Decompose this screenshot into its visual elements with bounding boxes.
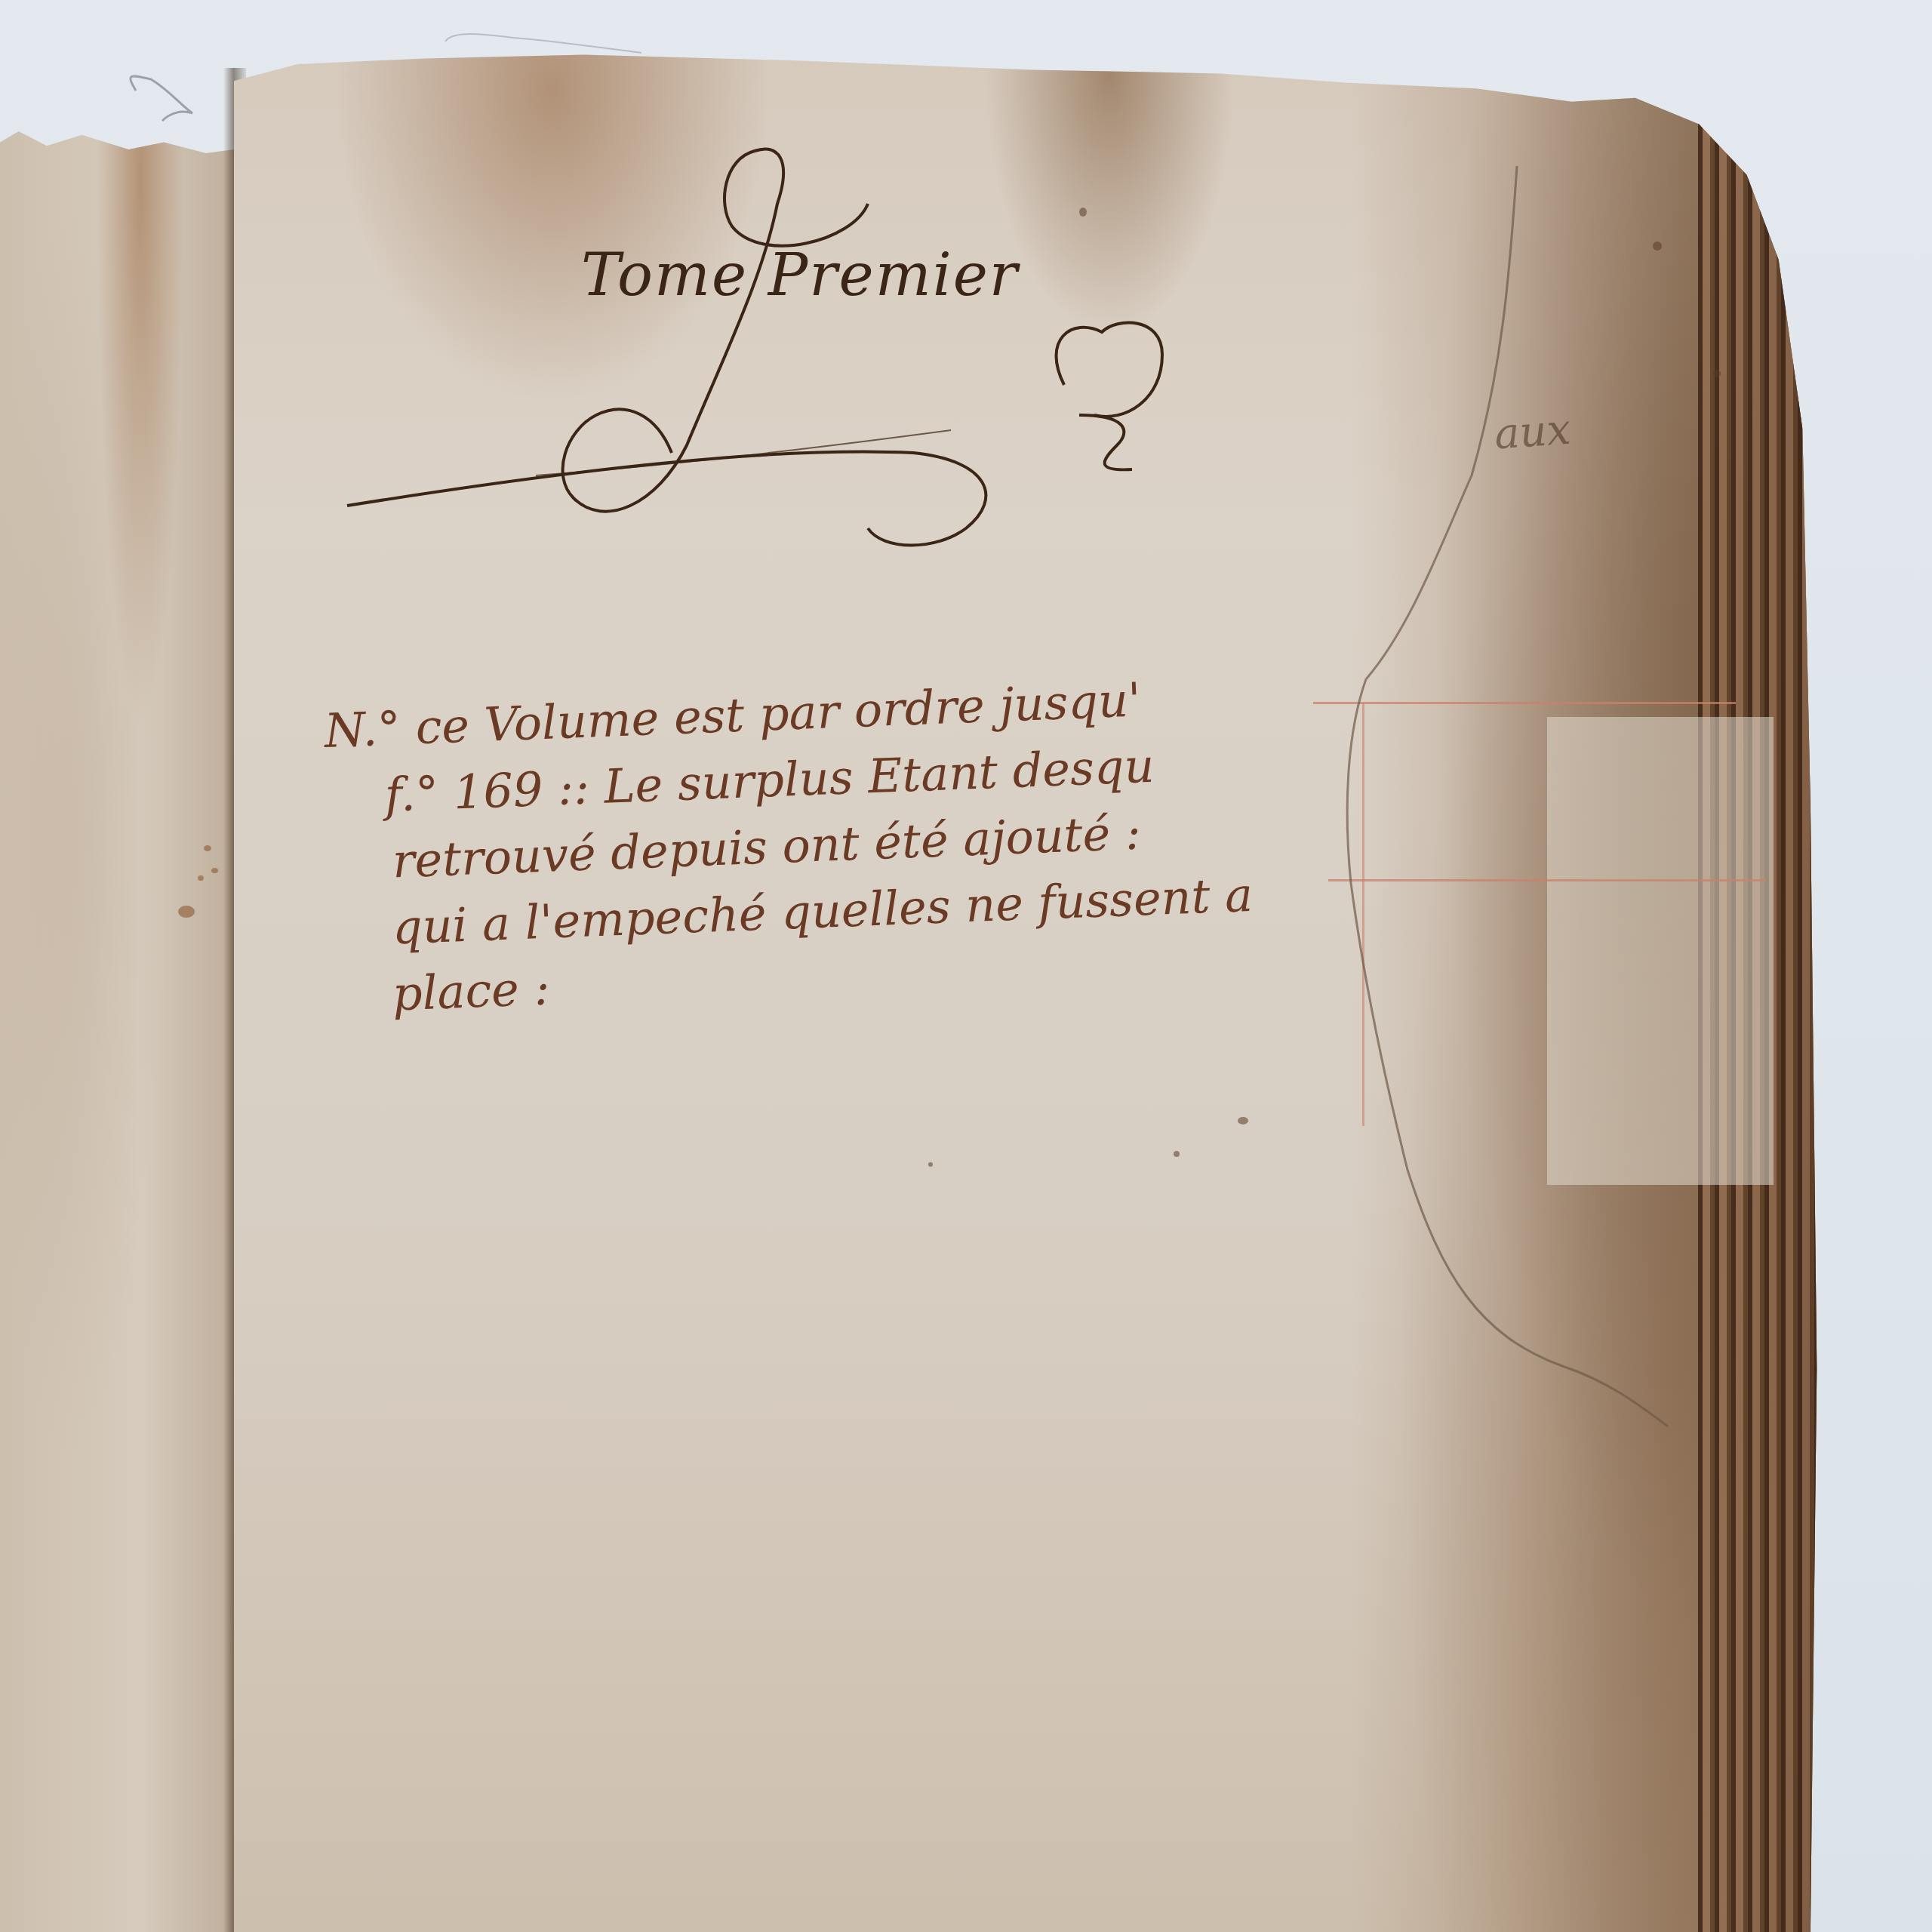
ink-spot bbox=[211, 868, 218, 873]
foxing-speck bbox=[1713, 370, 1721, 377]
foxing-speck bbox=[1174, 1151, 1180, 1157]
right-page: Tome Premier aux N.° ce Volume est par o… bbox=[234, 53, 1826, 1932]
paper-repair-patch bbox=[1547, 717, 1774, 1185]
ink-spot bbox=[198, 875, 204, 881]
foxing-speck bbox=[1238, 1117, 1248, 1124]
foxing-speck bbox=[1079, 208, 1087, 217]
foxing-speck bbox=[928, 1162, 933, 1167]
manuscript-photo: Tome Premier aux N.° ce Volume est par o… bbox=[0, 0, 1932, 1932]
ink-spot bbox=[204, 845, 211, 851]
ink-spot bbox=[178, 906, 195, 918]
left-facing-page bbox=[0, 106, 234, 1932]
marginal-bleedthrough-text: aux bbox=[1493, 405, 1572, 460]
handwritten-note: N.° ce Volume est par ordre jusqu' f.° 1… bbox=[325, 698, 1396, 1030]
foxing-speck bbox=[1653, 241, 1662, 251]
volume-title: Tome Premier bbox=[581, 241, 1019, 309]
